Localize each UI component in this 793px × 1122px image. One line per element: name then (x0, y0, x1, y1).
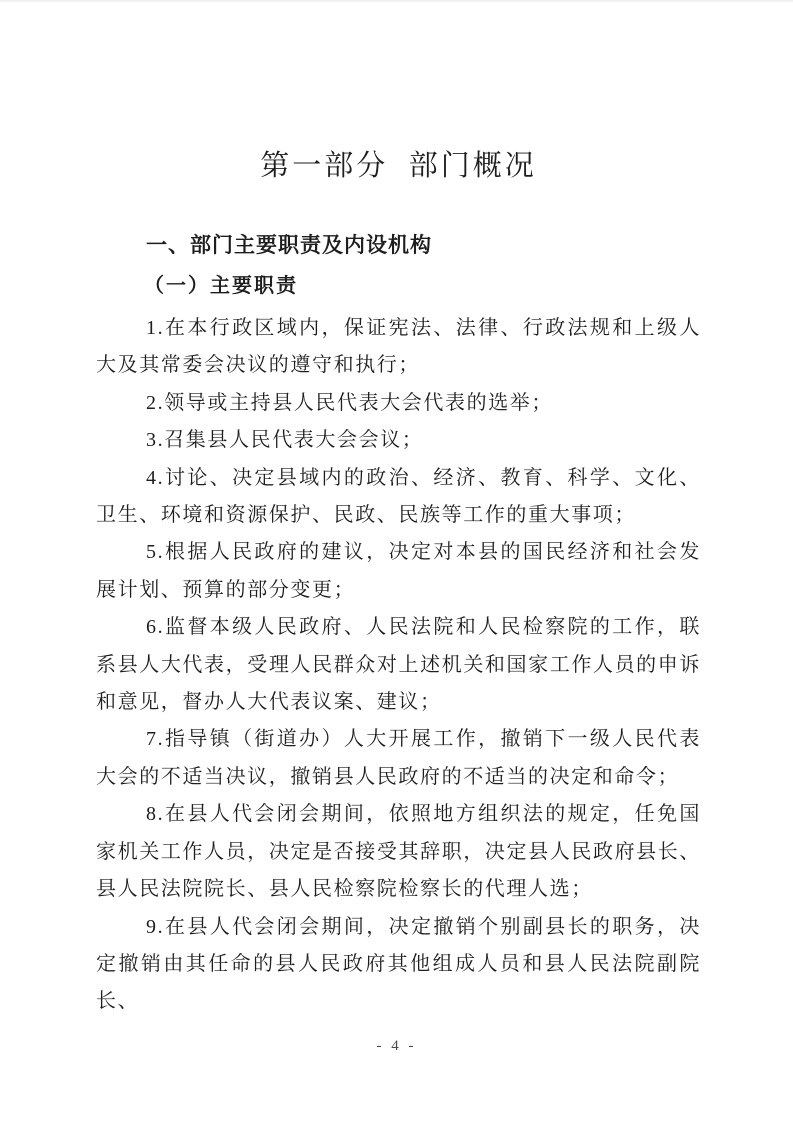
document-page: 第一部分 部门概况 一、部门主要职责及内设机构 （一）主要职责 1.在本行政区域… (0, 0, 793, 1122)
paragraph-5: 5.根据人民政府的建议，决定对本县的国民经济和社会发展计划、预算的部分变更； (96, 534, 701, 609)
body-text: 1.在本行政区域内，保证宪法、法律、行政法规和上级人大及其常委会决议的遵守和执行… (96, 310, 701, 1021)
document-title: 第一部分 部门概况 (96, 146, 701, 186)
page-content: 第一部分 部门概况 一、部门主要职责及内设机构 （一）主要职责 1.在本行政区域… (0, 0, 793, 1021)
page-number: - 4 - (0, 1038, 793, 1055)
subsection-heading: （一）主要职责 (96, 272, 701, 300)
scan-top-edge (0, 0, 793, 2)
paragraph-2: 2.领导或主持县人民代表大会代表的选举； (96, 385, 701, 422)
section-heading: 一、部门主要职责及内设机构 (96, 232, 701, 260)
paragraph-6: 6.监督本级人民政府、人民法院和人民检察院的工作，联系县人大代表，受理人民群众对… (96, 609, 701, 721)
paragraph-7: 7.指导镇（街道办）人大开展工作，撤销下一级人民代表大会的不适当决议，撤销县人民… (96, 721, 701, 796)
paragraph-4: 4.讨论、决定县域内的政治、经济、教育、科学、文化、卫生、环境和资源保护、民政、… (96, 460, 701, 535)
paragraph-1: 1.在本行政区域内，保证宪法、法律、行政法规和上级人大及其常委会决议的遵守和执行… (96, 310, 701, 385)
paragraph-8: 8.在县人代会闭会期间，依照地方组织法的规定，任免国家机关工作人员，决定是否接受… (96, 796, 701, 908)
paragraph-9: 9.在县人代会闭会期间，决定撤销个别副县长的职务，决定撤销由其任命的县人民政府其… (96, 909, 701, 1021)
paragraph-3: 3.召集县人民代表大会会议； (96, 422, 701, 459)
